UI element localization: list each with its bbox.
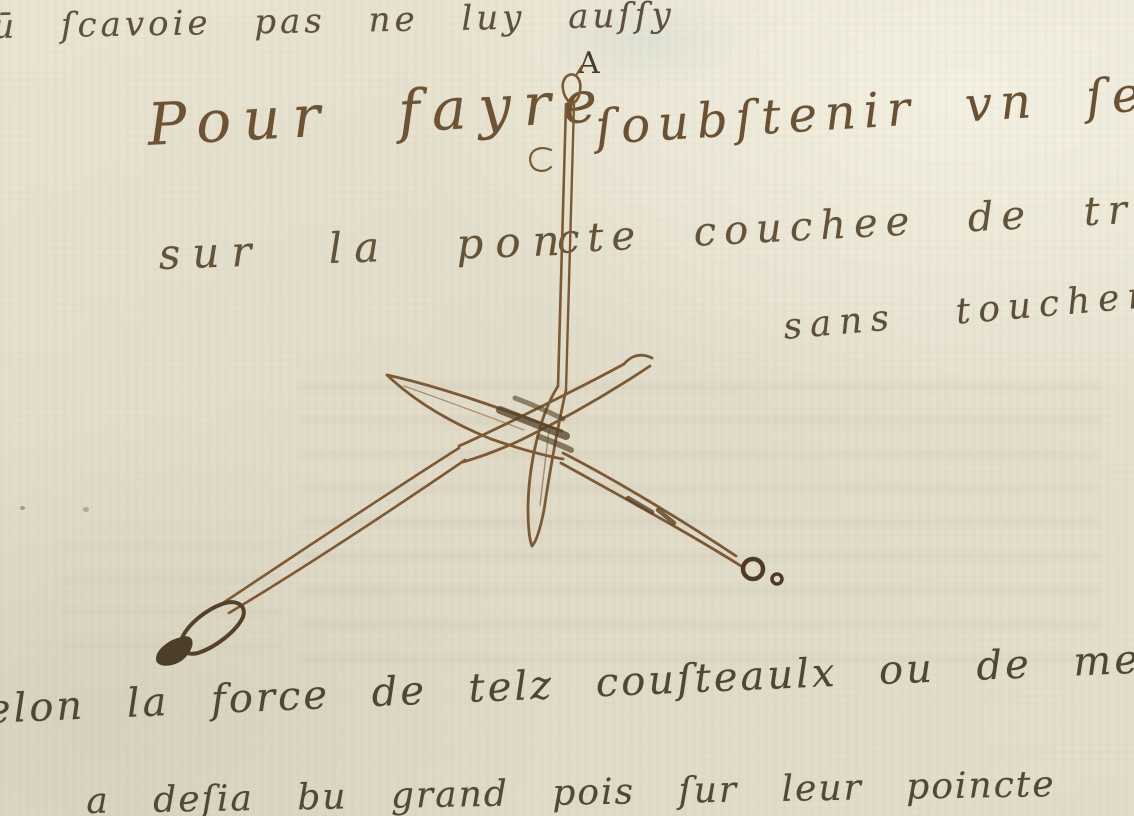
manuscript-page: { "page": { "kind": "handwritten manuscr… (0, 0, 1134, 816)
crossed-knives-figure (0, 0, 1134, 816)
upright-knife (528, 66, 582, 546)
knife-with-loop-pommel (157, 355, 652, 665)
